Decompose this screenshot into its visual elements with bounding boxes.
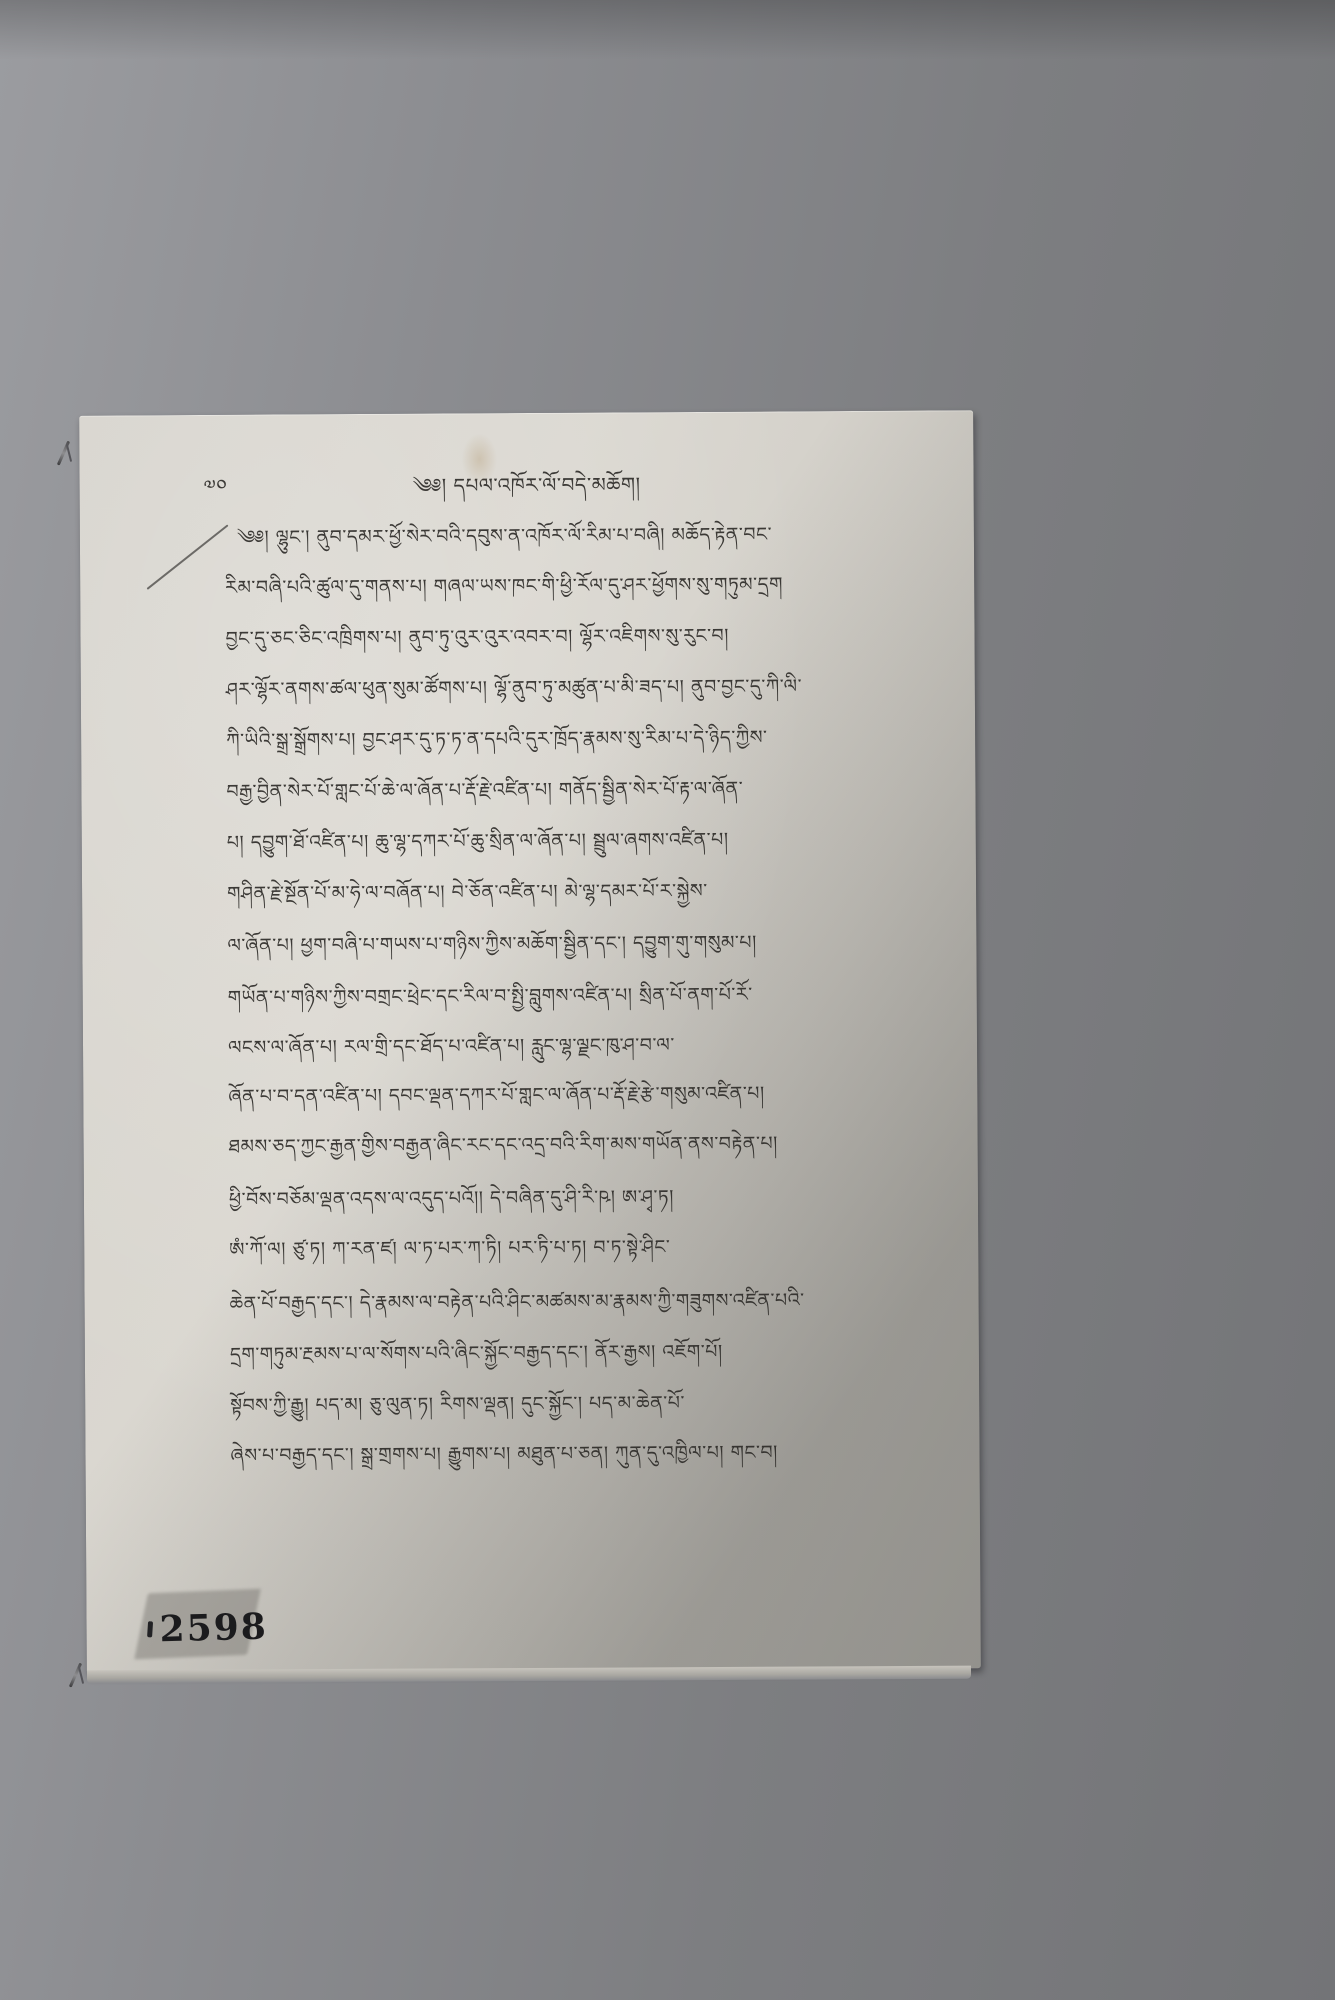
text-line: ཨཾ་ཀོ་ལ། ཙུ་ཏ། ཀ་རན་ཛ། ལ་ཏ་པར་ཀ་ཏི། པར་ཏ… xyxy=(229,1234,670,1263)
partial-stamp-mark xyxy=(147,1621,153,1637)
scanned-page: ༧༠ ༄༅། དཔལ་འཁོར་ལོ་བདེ་མཆོག། ༄༅། ལྷུང་། … xyxy=(79,410,981,1673)
pencil-mark xyxy=(147,524,229,589)
accession-stamp: 2598 xyxy=(159,1605,268,1650)
text-line: ཐམས་ཅད་ཀྱང་རྒྱན་གྱིས་བརྒྱན་ཞིང་རང་དང་འདྲ… xyxy=(229,1130,778,1159)
text-line: དྲག་གཏུམ་རྔམས་པ་ལ་སོགས་པའི་ཞིང་སྐྱོང་བརྒ… xyxy=(230,1339,723,1368)
text-line: གཤིན་རྗེ་སྔོན་པོ་མ་ཧེ་ལ་བཞོན་པ། བེ་ཅོན་འ… xyxy=(227,878,708,907)
text-line: བརྒྱ་བྱིན་སེར་པོ་གླང་པོ་ཆེ་ལ་ཞོན་པ་རྡོ་ར… xyxy=(226,776,743,805)
page-title: ༄༅། དཔལ་འཁོར་ལོ་བདེ་མཆོག། xyxy=(79,460,973,521)
staple-top-icon xyxy=(58,438,76,468)
text-line: པ། དབྱུག་ཐོ་འཛིན་པ། ཆུ་ལྷ་དཀར་པོ་ཆུ་སྲིན… xyxy=(227,827,729,856)
text-line: གཡོན་པ་གཉིས་ཀྱིས་བགྲང་ཕྲེང་དང་རིལ་བ་སྤྱི… xyxy=(228,982,753,1011)
text-line: ཆེན་པོ་བརྒྱད་དང་། དེ་རྣམས་ལ་བརྟེན་པའི་ཤི… xyxy=(230,1287,805,1317)
scanner-background: ༧༠ ༄༅། དཔལ་འཁོར་ལོ་བདེ་མཆོག། ༄༅། ལྷུང་། … xyxy=(0,0,1335,2000)
text-line: སྟོབས་ཀྱི་རྒྱུ། པད་མ། ཅུ་ལུན་ཏ། རིགས་ལྡན… xyxy=(230,1390,685,1419)
paper-stain xyxy=(461,433,497,485)
text-line: ཤར་ལྷོར་ནགས་ཚལ་ཕུན་སུམ་ཚོགས་པ། ལྷོ་ནུབ་ཏ… xyxy=(226,673,802,703)
text-line: ༄༅། ལྷུང་། ནུབ་དམར་ཕྱོ་སེར་བའི་དབུས་ན་འཁ… xyxy=(237,522,772,551)
text-line: ཞོན་པ་བ་དན་འཛིན་པ། དབང་ལྡན་དཀར་པོ་གླང་ལ་… xyxy=(228,1081,765,1110)
text-line: ཕྱི་བོས་བཅོམ་ལྡན་འདས་ལ་འདུད་པའོ།། དེ་བཞི… xyxy=(229,1184,674,1213)
text-line: ལ་ཞོན་པ། ཕྱག་བཞི་པ་གཡས་པ་གཉིས་ཀྱིས་མཆོག་… xyxy=(227,930,757,959)
text-line: ལངས་ལ་ཞོན་པ། རལ་གྲི་དང་ཐོད་པ་འཛིན་པ། རླུ… xyxy=(228,1032,675,1061)
text-line: ཞེས་པ་བརྒྱད་དང་། སྒྲ་གྲགས་པ། རྒྱུགས་པ། མ… xyxy=(230,1439,777,1468)
text-line: བྱང་དུ་ཅང་ཅིང་འཁྲིགས་པ། ནུབ་ཏུ་འུར་འུར་འ… xyxy=(225,623,729,652)
text-line: རིམ་བཞི་པའི་ཚུལ་དུ་གནས་པ། གཞལ་ཡས་ཁང་གི་ཕ… xyxy=(225,571,783,600)
staple-bottom-icon xyxy=(70,1660,88,1690)
text-line: ཀི་ཡིའི་སྒྲ་སྒྲོགས་པ། བྱང་ཤར་དུ་ཏ་ཏ་ན་དཔ… xyxy=(226,725,768,754)
